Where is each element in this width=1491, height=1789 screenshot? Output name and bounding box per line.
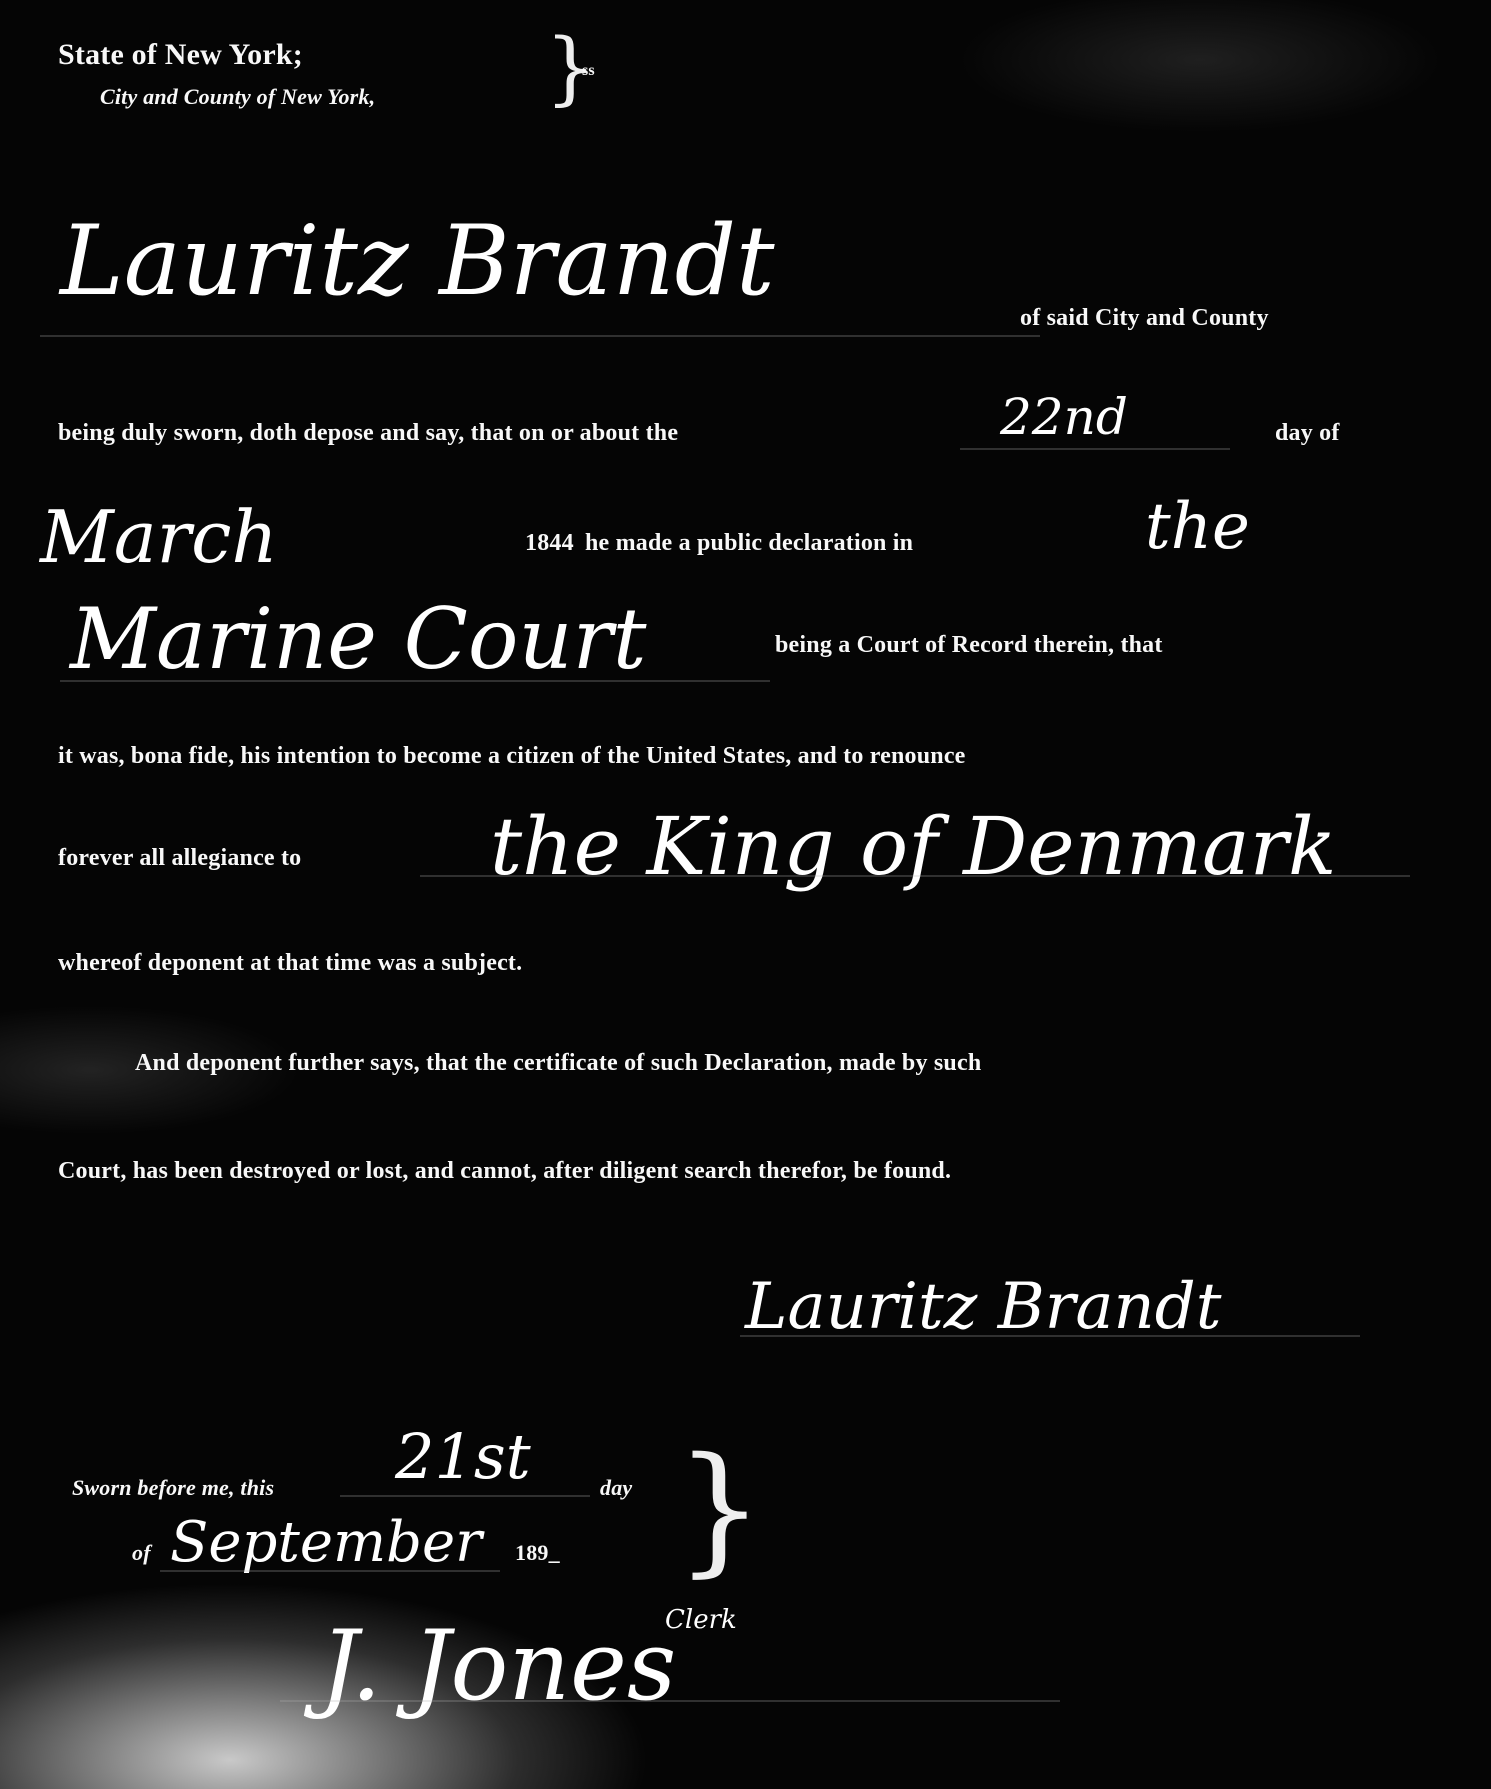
rule-line4 — [60, 680, 770, 682]
rule-official — [280, 1700, 1060, 1702]
jurat-prefix: Sworn before me, this — [72, 1475, 274, 1501]
header-ss: ss — [582, 62, 595, 80]
rule-line1 — [40, 335, 1040, 337]
line5: it was, bona fide, his intention to beco… — [58, 743, 966, 770]
header-county: City and County of New York, — [100, 84, 375, 110]
line1-tail: of said City and County — [1020, 305, 1269, 332]
line6-prefix: forever all allegiance to — [58, 845, 301, 872]
official-signature: J. Jones — [320, 1610, 676, 1722]
rule-line6 — [420, 875, 1410, 877]
jurat-month: September — [170, 1510, 482, 1575]
line2-prefix: being duly sworn, doth depose and say, t… — [58, 420, 678, 447]
jurat-day: 21st — [395, 1420, 531, 1493]
jurat-year: 189_ — [515, 1540, 560, 1566]
sovereign-entry: the King of Denmark — [490, 800, 1336, 893]
rule-signature — [740, 1335, 1360, 1337]
year-entry: 1844 — [525, 530, 574, 557]
deponent-signature: Lauritz Brandt — [745, 1270, 1221, 1344]
official-note: Clerk — [665, 1605, 737, 1635]
month-entry: March — [40, 495, 278, 579]
jurat-of: of — [132, 1540, 151, 1566]
line7: whereof deponent at that time was a subj… — [58, 950, 522, 977]
rule-jurat-day — [340, 1495, 590, 1497]
rule-jurat-month — [160, 1570, 500, 1572]
rule-line2 — [960, 448, 1230, 450]
deponent-name: Lauritz Brandt — [60, 205, 775, 317]
court-prefix: the — [1145, 490, 1250, 564]
document-page: State of New York; City and County of Ne… — [0, 0, 1491, 1789]
jurat-day-label: day — [600, 1475, 632, 1501]
para2-line2: Court, has been destroyed or lost, and c… — [58, 1158, 951, 1185]
jurat-brace: } — [675, 1440, 764, 1580]
line3-text: he made a public declaration in — [585, 530, 913, 557]
header-state: State of New York; — [58, 38, 303, 72]
line2-tail: day of — [1275, 420, 1340, 447]
para2-line1: And deponent further says, that the cert… — [135, 1050, 981, 1077]
day-entry: 22nd — [1000, 388, 1128, 446]
line4-tail: being a Court of Record therein, that — [775, 632, 1163, 659]
court-name: Marine Court — [70, 590, 646, 688]
